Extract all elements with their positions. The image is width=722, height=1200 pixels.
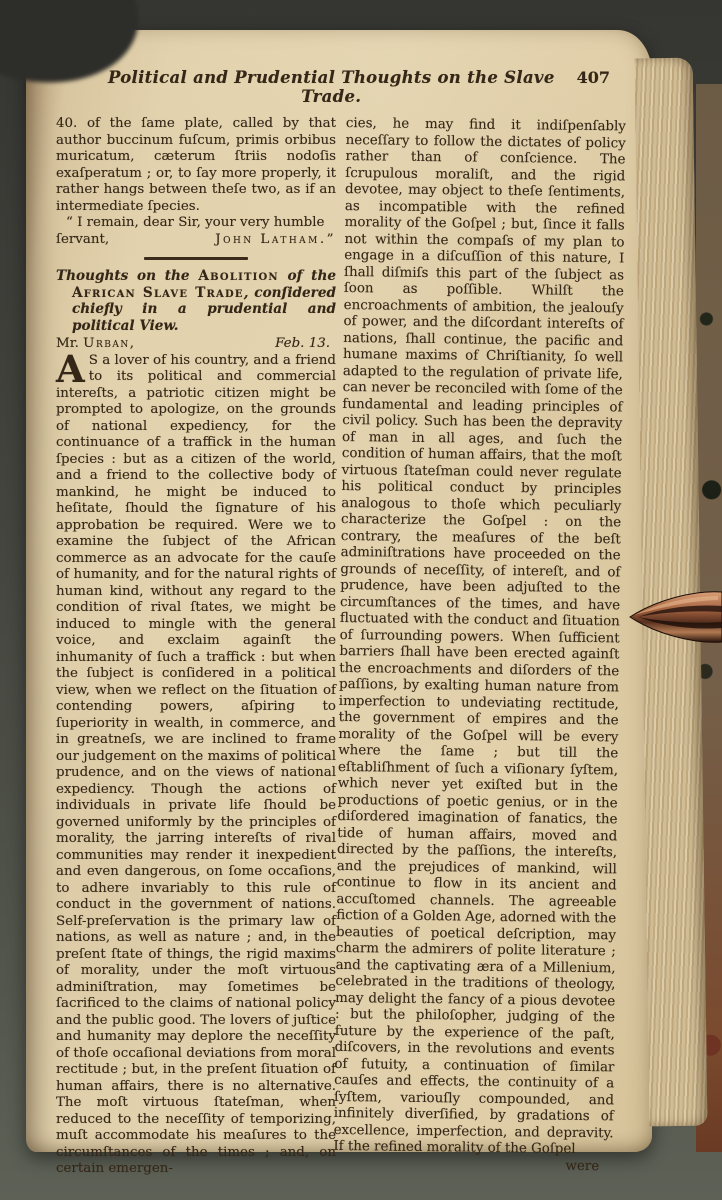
salutation-prefix: Mr. xyxy=(56,336,83,351)
article-title: Thoughts on the Abolition of the African… xyxy=(56,268,336,334)
letter-continuation: 40. of the ſame plate, called by that au… xyxy=(56,116,336,215)
book-clasp-icon xyxy=(628,582,722,652)
salutation: Mr. Urban, xyxy=(56,336,135,353)
left-body-text: S a lover of his country, and a friend t… xyxy=(56,353,336,1177)
text-columns: 40. of the ſame plate, called by that au… xyxy=(56,116,626,1178)
title-italic-2: of the xyxy=(279,268,336,284)
letter-closing-word: ſervant, xyxy=(56,232,109,249)
right-column: cies, he may find it indiſpenſably neceſ… xyxy=(333,116,626,1181)
title-smallcaps-african-slave-trade: African Slave Trade xyxy=(72,285,244,301)
page-number: 407 xyxy=(577,68,610,87)
book-photo-scene: Political and Prudential Thoughts on the… xyxy=(0,0,722,1200)
left-column-body: AS a lover of his country, and a friend … xyxy=(56,353,336,1178)
right-body-text: cies, he may find it indiſpenſably neceſ… xyxy=(333,116,626,1159)
left-column: 40. of the ſame plate, called by that au… xyxy=(56,116,336,1178)
title-smallcaps-abolition: Abolition xyxy=(198,268,278,284)
book-page: Political and Prudential Thoughts on the… xyxy=(26,30,652,1152)
article-date: Feb. 13. xyxy=(275,336,330,353)
page-content: Political and Prudential Thoughts on the… xyxy=(56,64,626,1178)
drop-cap: A xyxy=(56,353,89,384)
running-head: Political and Prudential Thoughts on the… xyxy=(56,68,624,106)
salutation-line: Mr. Urban, Feb. 13. xyxy=(56,336,336,353)
running-header-title: Political and Prudential Thoughts on the… xyxy=(56,68,567,106)
letter-signature: John Latham.” xyxy=(215,232,336,249)
section-divider xyxy=(144,257,248,260)
catchword: were xyxy=(333,1155,599,1175)
letter-closing-line1: “ I remain, dear Sir, your very humble xyxy=(66,215,324,230)
title-italic-1: Thoughts on the xyxy=(56,268,198,284)
letter-closing: “ I remain, dear Sir, your very humble ſ… xyxy=(56,215,336,248)
letter-closing-line2: ſervant, John Latham.” xyxy=(56,232,336,249)
salutation-name: Urban, xyxy=(83,336,135,351)
